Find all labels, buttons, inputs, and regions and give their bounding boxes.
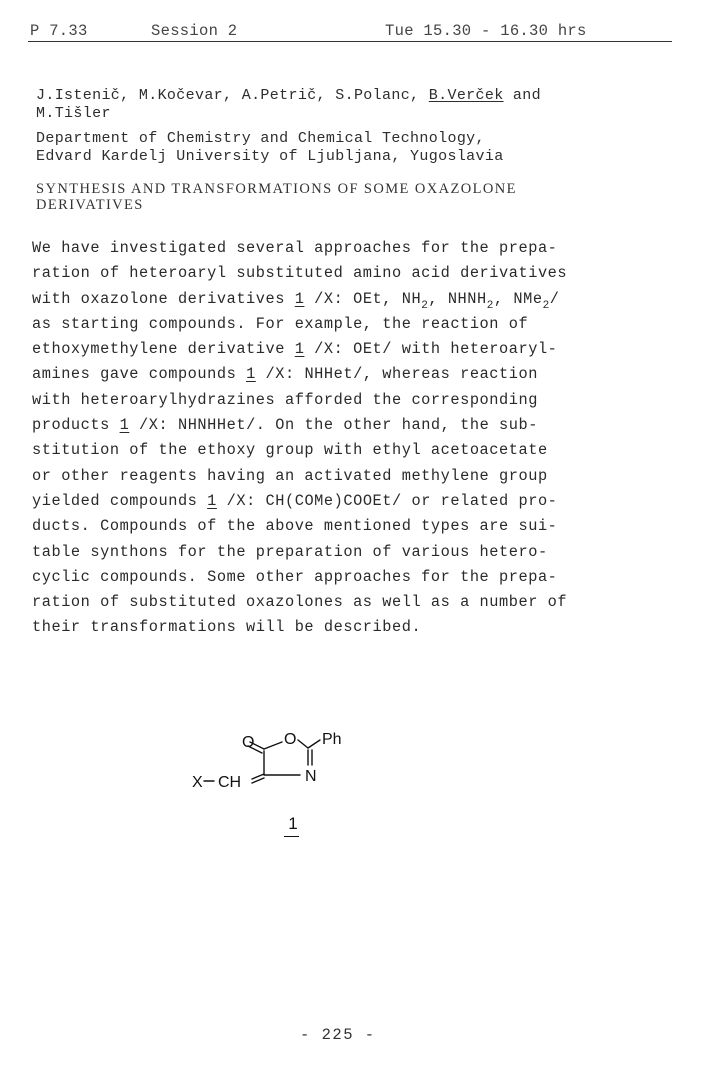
abstract-line: We have investigated several approaches … <box>32 236 632 261</box>
atom-n: N <box>305 768 317 785</box>
abstract-line: with heteroarylhydrazines afforded the c… <box>32 388 632 413</box>
abstract-line: their transformations will be described. <box>32 615 632 640</box>
compound-ref: 1 <box>207 492 217 510</box>
compound-number-label: 1 <box>283 814 303 834</box>
author-line-1: J.Istenič, M.Kočevar, A.Petrič, S.Polanc… <box>36 87 636 105</box>
abstract-line: table synthons for the preparation of va… <box>32 540 632 565</box>
compound-ref: 1 <box>295 290 305 308</box>
page-number: - 225 - <box>300 1026 376 1044</box>
authors-text-end: and <box>504 87 541 104</box>
title-line-1: SYNTHESIS AND TRANSFORMATIONS OF SOME OX… <box>36 181 556 197</box>
oxazolone-structure-diagram: O O Ph N X CH <box>190 715 370 855</box>
abstract-line: amines gave compounds 1 /X: NHHet/, wher… <box>32 362 632 387</box>
abstract-line: ducts. Compounds of the above mentioned … <box>32 514 632 539</box>
abstract-line: products 1 /X: NHNHHet/. On the other ha… <box>32 413 632 438</box>
substituent-x: X <box>192 774 203 791</box>
affiliation: Department of Chemistry and Chemical Tec… <box>36 130 636 166</box>
session-time: Tue 15.30 - 16.30 hrs <box>385 22 587 40</box>
session-label: Session 2 <box>151 22 237 40</box>
abstract-line: with oxazolone derivatives 1 /X: OEt, NH… <box>32 287 632 312</box>
abstract-line: cyclic compounds. Some other approaches … <box>32 565 632 590</box>
substituent-ph: Ph <box>322 731 342 748</box>
title-line-2: DERIVATIVES <box>36 197 556 213</box>
compound-ref: 1 <box>295 340 305 358</box>
presenting-author: B.Verček <box>429 87 504 104</box>
header-rule <box>28 41 672 42</box>
compound-ref: 1 <box>246 365 256 383</box>
abstract-body: We have investigated several approaches … <box>32 236 632 641</box>
atom-o-ring: O <box>284 731 296 748</box>
compound-ref: 1 <box>120 416 130 434</box>
abstract-line: ration of substituted oxazolones as well… <box>32 590 632 615</box>
abstract-line: or other reagents having an activated me… <box>32 464 632 489</box>
abstract-line: yielded compounds 1 /X: CH(COMe)COOEt/ o… <box>32 489 632 514</box>
author-line-2: M.Tišler <box>36 105 636 123</box>
abstract-line: ration of heteroaryl substituted amino a… <box>32 261 632 286</box>
author-list: J.Istenič, M.Kočevar, A.Petrič, S.Polanc… <box>36 87 636 123</box>
atom-o-carbonyl: O <box>242 734 254 751</box>
affiliation-line-1: Department of Chemistry and Chemical Tec… <box>36 130 636 148</box>
group-ch: CH <box>218 774 241 791</box>
abstract-line: ethoxymethylene derivative 1 /X: OEt/ wi… <box>32 337 632 362</box>
abstract-line: as starting compounds. For example, the … <box>32 312 632 337</box>
compound-number-underline <box>284 836 299 837</box>
session-code: P 7.33 <box>30 22 88 40</box>
paper-title: SYNTHESIS AND TRANSFORMATIONS OF SOME OX… <box>36 181 556 213</box>
abstract-line: stitution of the ethoxy group with ethyl… <box>32 438 632 463</box>
affiliation-line-2: Edvard Kardelj University of Ljubljana, … <box>36 148 636 166</box>
authors-text: J.Istenič, M.Kočevar, A.Petrič, S.Polanc… <box>36 87 429 104</box>
